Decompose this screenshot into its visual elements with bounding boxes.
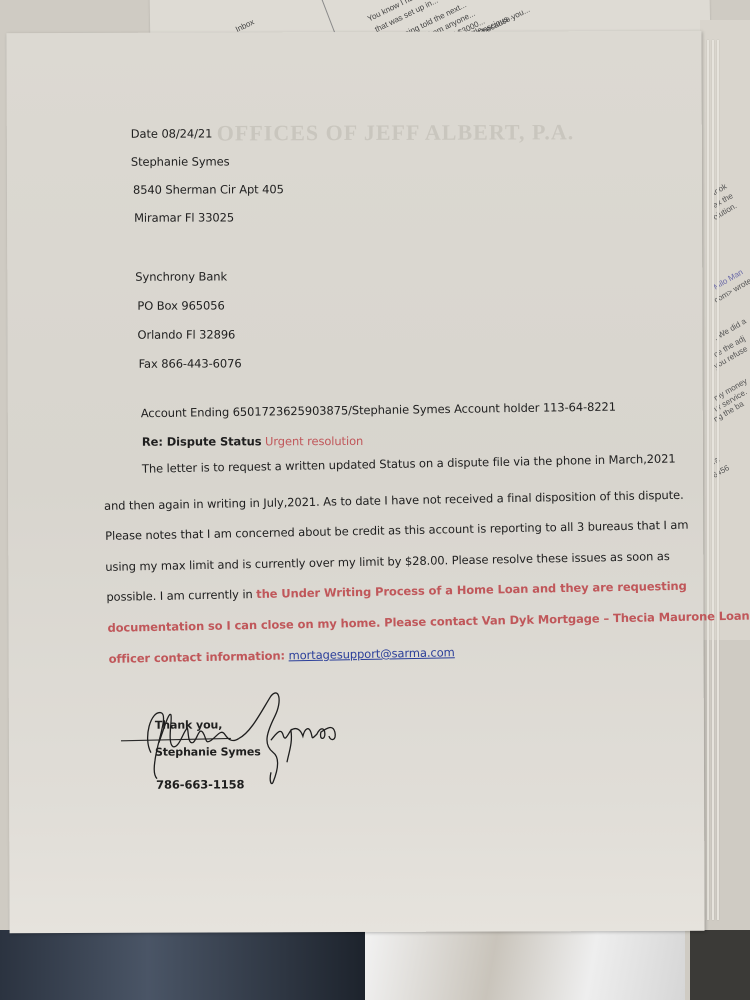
subject-line: Re: Dispute Status Urgent resolution [142,434,363,449]
handwritten-signature-icon [121,682,351,793]
paper-stack-edge [707,40,709,920]
body-line-3: Please notes that I am concerned about b… [105,518,688,543]
sender-address-line2: Miramar Fl 33025 [134,210,234,224]
desk-surface [0,930,370,1000]
body-line-7: officer contact information: mortagesupp… [108,645,454,666]
body-line-5-plain: possible. I am currently in [106,587,253,604]
white-object [365,930,685,1000]
subject-highlight: Urgent resolution [265,434,363,448]
watermark-heading: OFFICES OF JEFF ALBERT, P.A. [217,119,575,146]
account-line: Account Ending 6501723625903875/Stephani… [141,400,616,421]
body-line-7-highlight: officer contact information: [108,648,285,665]
body-line-5-highlight: the Under Writing Process of a Home Loan… [256,579,687,601]
body-line-1: The letter is to request a written updat… [142,452,676,476]
sender-name: Stephanie Symes [131,154,230,168]
letter-page: OFFICES OF JEFF ALBERT, P.A. Date 08/24/… [6,31,704,933]
recipient-fax: Fax 866-443-6076 [139,356,242,370]
recipient-name: Synchrony Bank [135,269,227,283]
paper-stack-edge [712,40,714,920]
body-line-2: and then again in writing in July,2021. … [104,488,684,513]
body-line-5: possible. I am currently in the Under Wr… [106,579,687,604]
paper-stack-edge [717,40,719,920]
body-line-6: documentation so I can close on my home.… [107,609,749,635]
desk-surface [690,930,750,1000]
recipient-address-line1: PO Box 965056 [137,298,224,312]
letter-date: Date 08/24/21 [131,126,213,140]
body-line-4: using my max limit and is currently over… [105,549,670,574]
subject-label: Re: Dispute Status [142,434,262,448]
sender-address-line1: 8540 Sherman Cir Apt 405 [133,182,284,197]
recipient-address-line2: Orlando Fl 32896 [137,327,235,341]
contact-email-link[interactable]: mortagesupport@sarma.com [288,645,454,662]
